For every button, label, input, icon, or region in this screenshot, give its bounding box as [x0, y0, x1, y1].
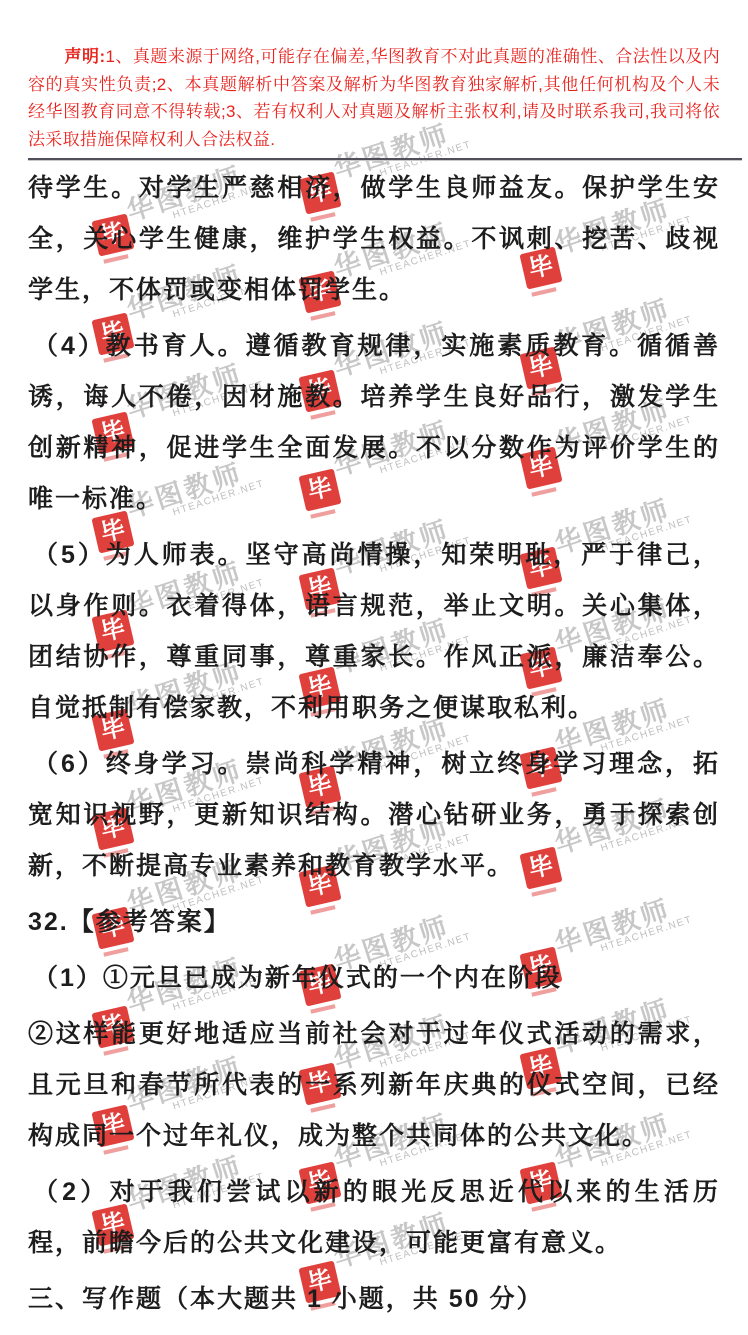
body-paragraph: 待学生。对学生严慈相济，做学生良师益友。保护学生安全，关心学生健康，维护学生权益…: [28, 163, 720, 316]
body-paragraph: （1）①元旦已成为新年仪式的一个内在阶段: [28, 953, 720, 1004]
body-paragraph: （2）对于我们尝试以新的眼光反思近代以来的生活历程，前瞻今后的公共文化建设，可能…: [28, 1167, 720, 1269]
page-root: 毕华图教师HTEACHER.NET毕华图教师HTEACHER.NET毕华图教师H…: [0, 0, 748, 1335]
body-paragraph: （4）教书育人。遵循教育规律，实施素质教育。循循善诱，诲人不倦，因材施教。培养学…: [28, 321, 720, 525]
disclaimer-body: 1、真题来源于网络,可能存在偏差,华图教育不对此真题的准确性、合法性以及内容的真…: [28, 47, 720, 149]
body-paragraph: 32.【参考答案】: [28, 897, 720, 948]
section-divider: [28, 158, 742, 161]
document-content: 声明:1、真题来源于网络,可能存在偏差,华图教育不对此真题的准确性、合法性以及内…: [0, 0, 748, 1325]
disclaimer-text: 声明:1、真题来源于网络,可能存在偏差,华图教育不对此真题的准确性、合法性以及内…: [28, 0, 720, 153]
body-paragraph: （6）终身学习。崇尚科学精神，树立终身学习理念，拓宽知识视野，更新知识结构。潜心…: [28, 739, 720, 892]
answer-body: 待学生。对学生严慈相济，做学生良师益友。保护学生安全，关心学生健康，维护学生权益…: [28, 163, 720, 1325]
disclaimer-label: 声明:: [65, 47, 106, 66]
body-paragraph: 三、写作题（本大题共 1 小题，共 50 分）: [28, 1274, 720, 1325]
body-paragraph: ②这样能更好地适应当前社会对于过年仪式活动的需求，且元旦和春节所代表的一系列新年…: [28, 1009, 720, 1162]
body-paragraph: （5）为人师表。坚守高尚情操，知荣明耻，严于律己，以身作则。衣着得体，语言规范，…: [28, 530, 720, 734]
